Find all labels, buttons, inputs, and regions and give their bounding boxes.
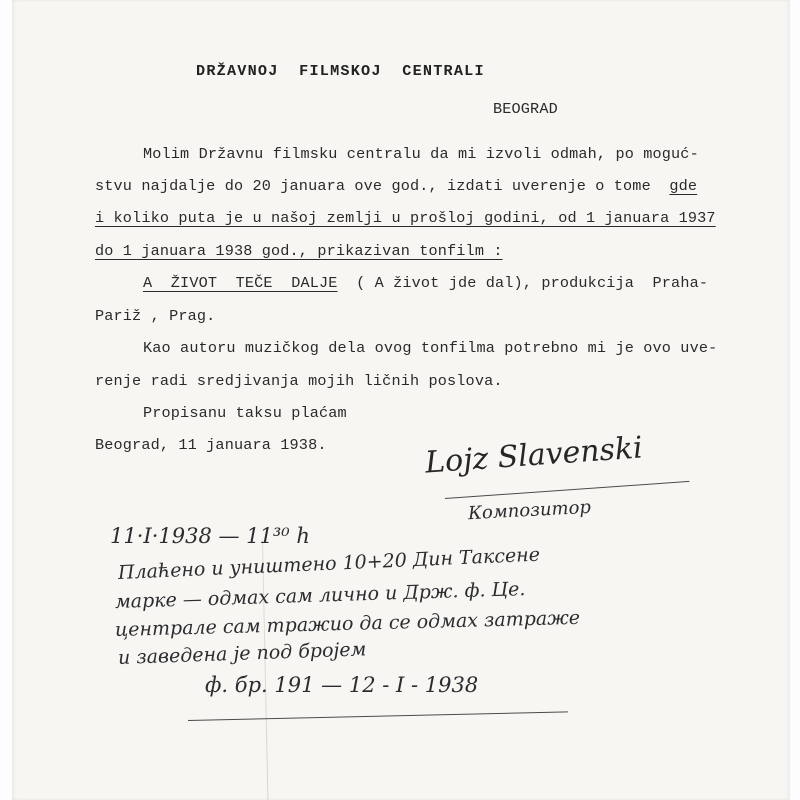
body-line-3-underlined: i koliko puta je u našoj zemlji u prošlo… bbox=[95, 209, 716, 227]
scan-margin-right bbox=[790, 0, 800, 800]
body-line-4-underlined: do 1 januara 1938 god., prikazivan tonfi… bbox=[95, 242, 503, 260]
body-line-6: renje radi sredjivanja mojih ličnih posl… bbox=[95, 372, 503, 390]
place-and-date: Beograd, 11 januara 1938. bbox=[95, 436, 327, 454]
film-line: A ŽIVOT TEČE DALJE ( A život jde dal), p… bbox=[143, 274, 708, 292]
handwritten-date-note: 11·I·1938 — 11³⁰ h bbox=[110, 524, 310, 548]
addressee-city: BEOGRAD bbox=[493, 100, 558, 118]
scan-margin-left bbox=[0, 0, 12, 800]
handwritten-reference-number: ф. бр. 191 — 12 - I - 1938 bbox=[205, 673, 478, 697]
body-line-1: Molim Državnu filmsku centralu da mi izv… bbox=[143, 145, 699, 163]
body-line-2: stvu najdalje do 20 januara ove god., iz… bbox=[95, 177, 697, 195]
film-line-2: Pariž , Prag. bbox=[95, 307, 215, 325]
underlined-word-gde: gde bbox=[669, 177, 697, 195]
film-title: A ŽIVOT TEČE DALJE bbox=[143, 274, 338, 292]
addressee-line: DRŽAVNOJ FILMSKOJ CENTRALI bbox=[196, 62, 485, 80]
film-details: ( A život jde dal), produkcija Praha- bbox=[338, 274, 709, 292]
body-line-5: Kao autoru muzičkog dela ovog tonfilma p… bbox=[143, 339, 717, 357]
body-line-7: Propisanu taksu plaćam bbox=[143, 404, 347, 422]
body-line-2-text: stvu najdalje do 20 januara ove god., iz… bbox=[95, 177, 669, 195]
